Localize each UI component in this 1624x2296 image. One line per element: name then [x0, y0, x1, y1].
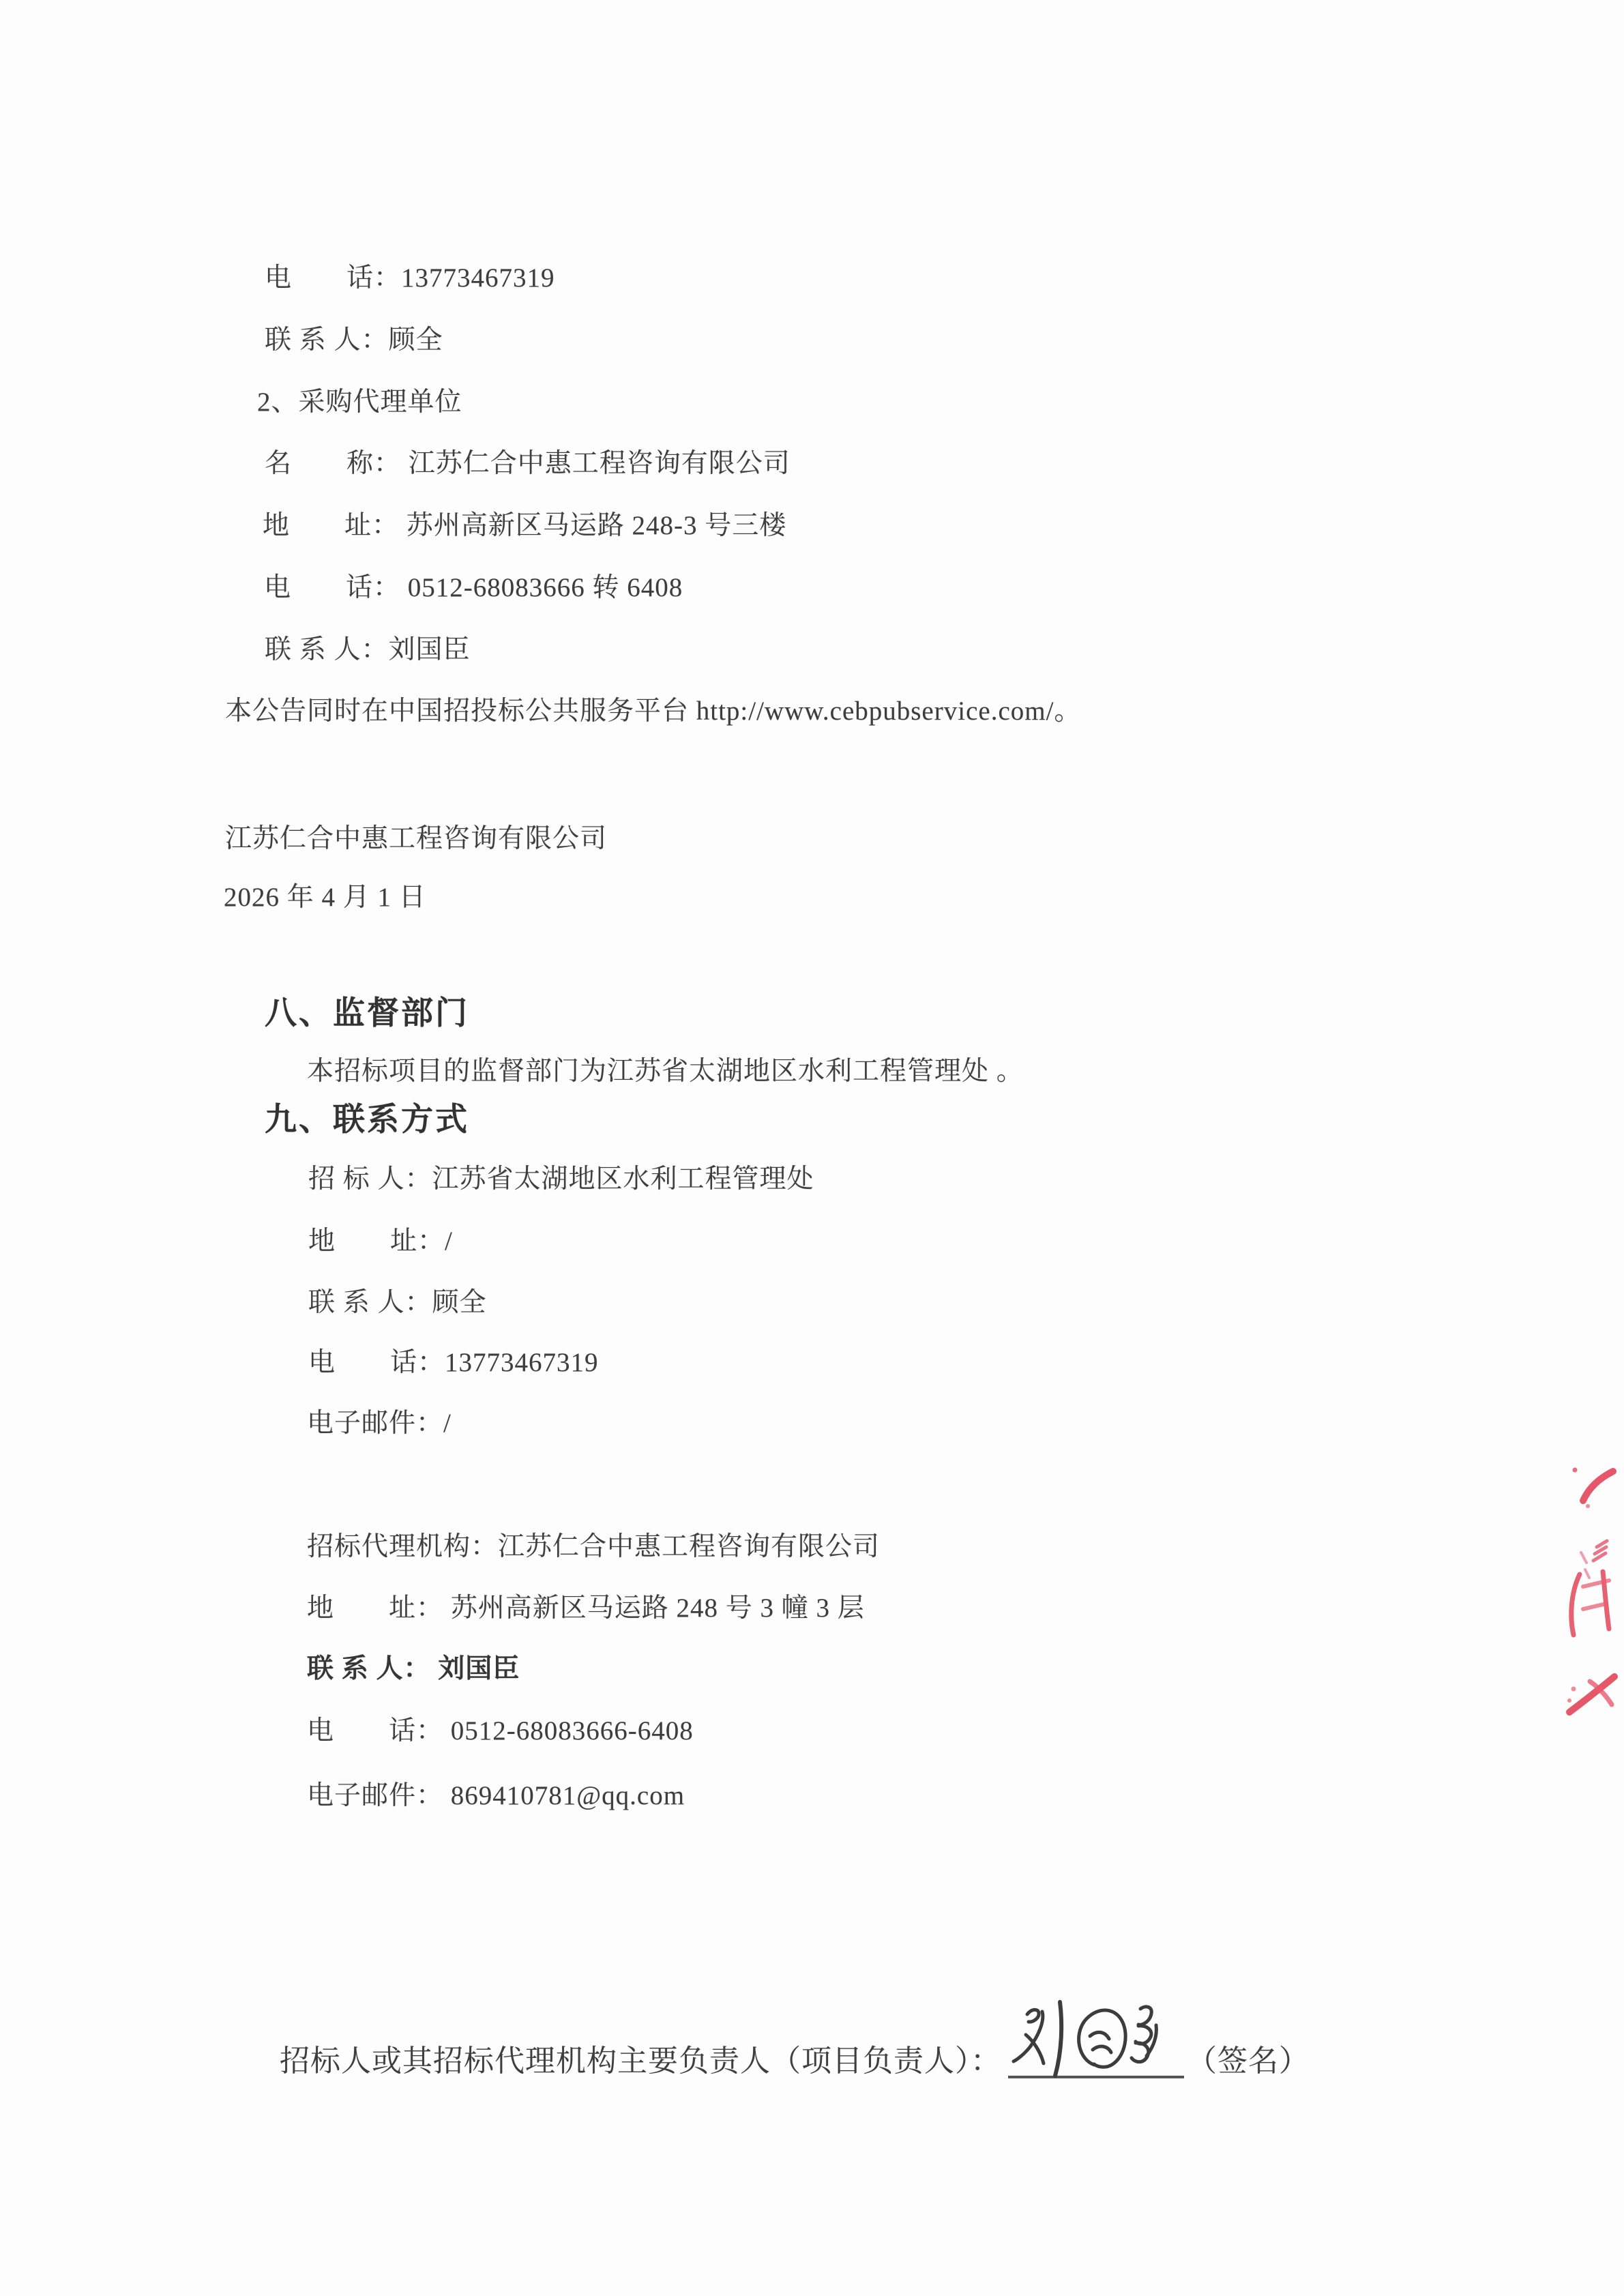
signoff-company-line: 江苏仁合中惠工程咨询有限公司	[225, 823, 607, 855]
red-ink-seal-fragment	[1549, 1446, 1624, 1760]
tenderer-contact-line: 联 系 人：顾全	[308, 1287, 487, 1319]
tenderer-email-line: 电子邮件：/	[307, 1408, 452, 1440]
signature-label: 招标人或其招标代理机构主要负责人（项目负责人）：	[280, 2036, 1001, 2084]
public-platform-notice-line: 本公告同时在中国招投标公共服务平台 http://www.cebpubservi…	[225, 696, 1081, 728]
section9-heading: 九、联系方式	[265, 1101, 469, 1139]
purchaser-contact-line: 联 系 人：顾全	[265, 325, 443, 357]
agent-email-line: 电子邮件： 869410781@qq.com	[307, 1780, 685, 1812]
agency-name-line: 名 称： 江苏仁合中惠工程咨询有限公司	[265, 448, 791, 480]
signature-handwriting	[1008, 1997, 1184, 2085]
section8-heading: 八、监督部门	[265, 995, 469, 1033]
procurement-agency-item-line: 2、采购代理单位	[257, 387, 462, 419]
signature-row: 招标人或其招标代理机构主要负责人（项目负责人）： （签名）	[280, 1995, 1310, 2084]
agency-contact-line: 联 系 人：刘国臣	[265, 634, 471, 666]
tenderer-line: 招 标 人：江苏省太湖地区水利工程管理处	[308, 1164, 814, 1196]
scanned-document-page: 电 话：13773467319 联 系 人：顾全 2、采购代理单位 名 称： 江…	[0, 0, 1624, 2296]
agent-phone-line: 电 话： 0512-68083666-6408	[307, 1716, 694, 1748]
agency-phone-line: 电 话： 0512-68083666 转 6408	[264, 572, 683, 604]
agent-contact-line: 联 系 人： 刘国臣	[307, 1653, 520, 1686]
purchaser-phone-line: 电 话：13773467319	[265, 263, 555, 295]
agency-address-line: 地 址： 苏州高新区马运路 248-3 号三楼	[263, 510, 786, 542]
agent-line: 招标代理机构：江苏仁合中惠工程咨询有限公司	[307, 1531, 880, 1563]
signature-underline	[1008, 1995, 1184, 2078]
agent-address-line: 地 址： 苏州高新区马运路 248 号 3 幢 3 层	[307, 1593, 865, 1625]
tenderer-phone-line: 电 话：13773467319	[308, 1347, 599, 1379]
section8-body-line: 本招标项目的监督部门为江苏省太湖地区水利工程管理处 。	[307, 1056, 1024, 1088]
tenderer-address-line: 地 址：/	[308, 1226, 453, 1258]
signature-suffix: （签名）	[1187, 2036, 1310, 2084]
signoff-date-line: 2026 年 4 月 1 日	[224, 882, 426, 914]
